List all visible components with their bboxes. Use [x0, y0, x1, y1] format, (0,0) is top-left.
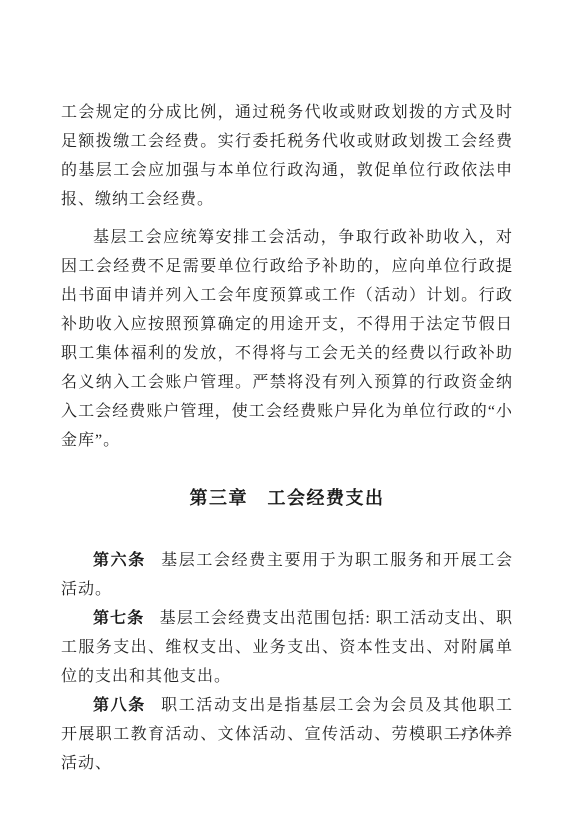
- article-7: 第七条基层工会经费支出范围包括: 职工活动支出、职工服务支出、维权支出、业务支出…: [61, 604, 513, 691]
- chapter-heading: 第三章 工会经费支出: [61, 484, 513, 513]
- page-number: — 5 —: [450, 726, 502, 744]
- article-6: 第六条基层工会经费主要用于为职工服务和开展工会活动。: [61, 546, 513, 604]
- paragraph-dues-remittance: 工会规定的分成比例，通过税务代收或财政划拨的方式及时足额拨缴工会经费。实行委托税…: [61, 98, 513, 214]
- article-8-label: 第八条: [93, 697, 146, 714]
- article-8: 第八条职工活动支出是指基层工会为会员及其他职工开展职工教育活动、文体活动、宣传活…: [61, 691, 513, 778]
- article-7-label: 第七条: [93, 610, 144, 627]
- paragraph-admin-subsidy: 基层工会应统筹安排工会活动，争取行政补助收入，对因工会经费不足需要单位行政给予补…: [61, 223, 513, 455]
- document-body: 工会规定的分成比例，通过税务代收或财政划拨的方式及时足额拨缴工会经费。实行委托税…: [61, 98, 513, 778]
- document-page: 工会规定的分成比例，通过税务代收或财政划拨的方式及时足额拨缴工会经费。实行委托税…: [0, 0, 575, 813]
- article-6-label: 第六条: [93, 552, 146, 569]
